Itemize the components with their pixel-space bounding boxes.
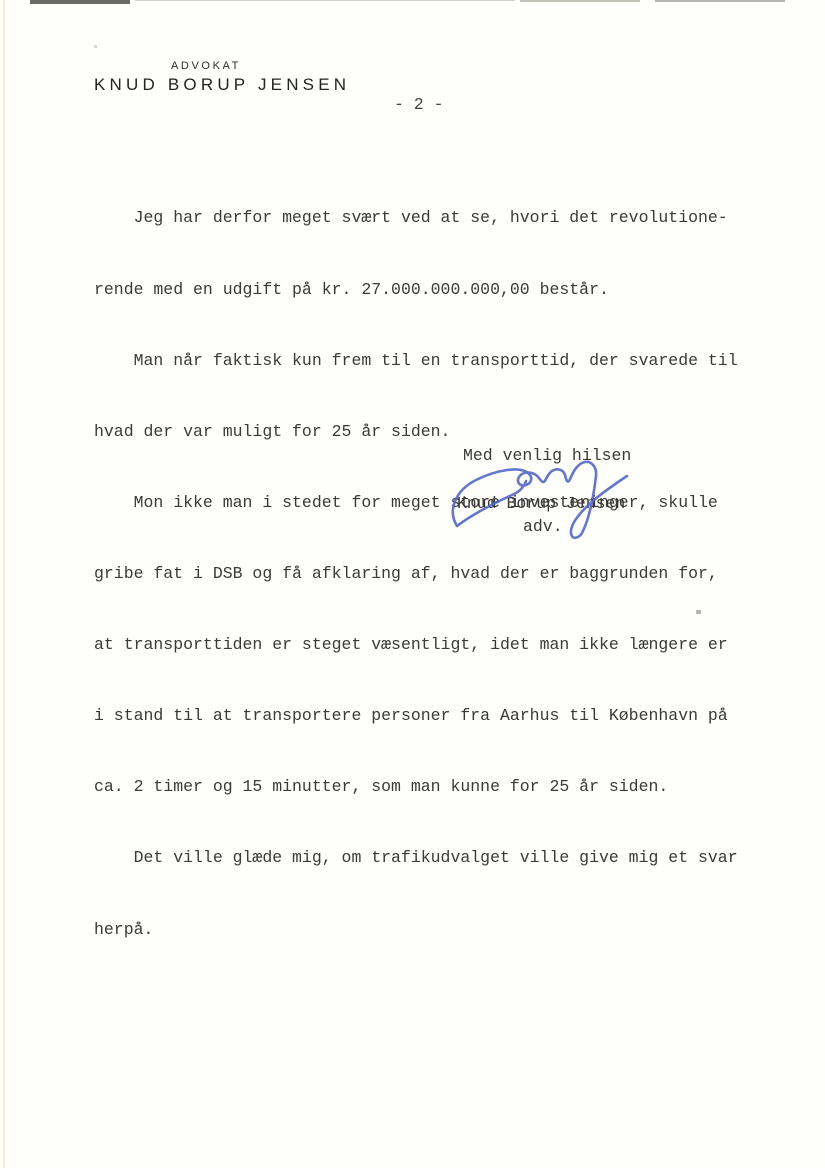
scanned-letter-page: ADVOKAT KNUD BORUP JENSEN - 2 - Jeg har … <box>0 0 825 1168</box>
scan-artifact <box>520 0 640 2</box>
body-line: rende med en udgift på kr. 27.000.000.00… <box>94 278 774 302</box>
scan-artifact <box>30 0 130 4</box>
body-line: ca. 2 timer og 15 minutter, som man kunn… <box>94 775 774 799</box>
body-line: Mon ikke man i stedet for meget store in… <box>94 491 774 515</box>
body-line: Jeg har derfor meget svært ved at se, hv… <box>94 206 774 230</box>
body-line: Det ville glæde mig, om trafikudvalget v… <box>94 846 774 870</box>
scan-fold-line <box>3 0 5 1168</box>
closing-salutation: Med venlig hilsen <box>463 446 631 465</box>
body-line: hvad der var muligt for 25 år siden. <box>94 420 774 444</box>
body-line: herpå. <box>94 918 774 942</box>
typed-signature-name: Knud Borup Jensen <box>457 494 625 513</box>
scan-speck <box>94 45 97 48</box>
body-line: i stand til at transportere personer fra… <box>94 704 774 728</box>
scan-artifact <box>655 0 785 2</box>
page-number: - 2 - <box>394 95 444 114</box>
typed-signature-title: adv. <box>523 517 563 536</box>
scan-artifact <box>135 0 515 1</box>
body-line: Man når faktisk kun frem til en transpor… <box>94 349 774 373</box>
letter-body: Jeg har derfor meget svært ved at se, hv… <box>94 159 774 989</box>
letterhead-title: ADVOKAT <box>171 60 241 72</box>
body-line: at transporttiden er steget væsentligt, … <box>94 633 774 657</box>
letterhead-name: KNUD BORUP JENSEN <box>94 75 350 95</box>
body-line: gribe fat i DSB og få afklaring af, hvad… <box>94 562 774 586</box>
